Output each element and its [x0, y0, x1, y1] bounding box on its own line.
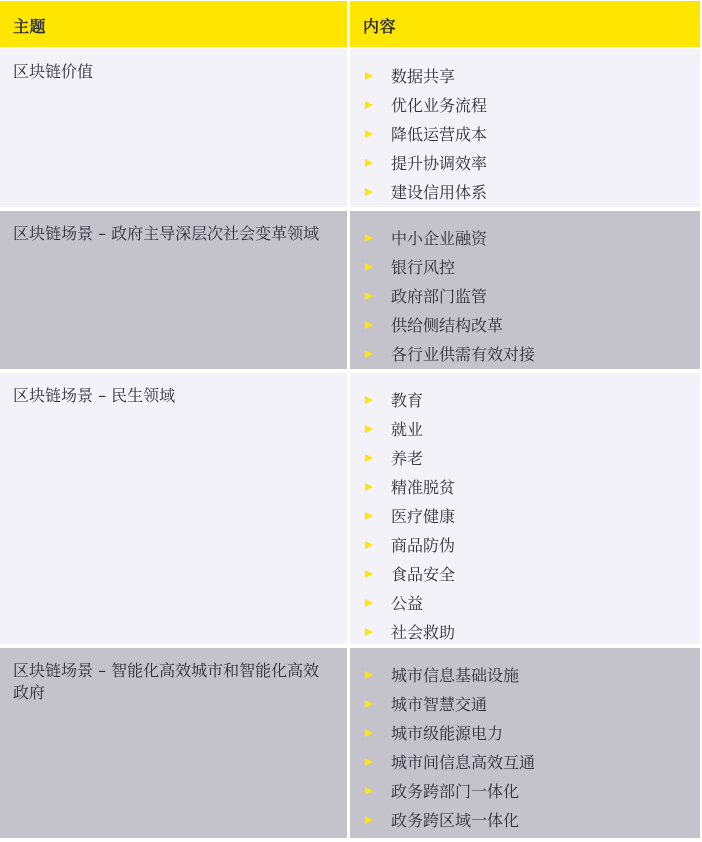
triangle-bullet-icon: [365, 425, 373, 433]
item-label: 养老: [391, 446, 423, 469]
list-item: 城市间信息高效互通: [363, 747, 700, 776]
triangle-bullet-icon: [365, 700, 373, 708]
content-cell: 城市信息基础设施 城市智慧交通 城市级能源电力 城市间信息高效互通 政务跨部门一…: [350, 648, 700, 838]
triangle-bullet-icon: [365, 234, 373, 242]
content-cell: 数据共享 优化业务流程 降低运营成本 提升协调效率 建设信用体系: [350, 49, 700, 207]
triangle-bullet-icon: [365, 396, 373, 404]
list-item: 降低运营成本: [363, 119, 700, 148]
item-label: 城市间信息高效互通: [391, 750, 535, 773]
list-item: 各行业供需有效对接: [363, 339, 700, 368]
table-row: 区块链价值 数据共享 优化业务流程 降低运营成本 提升协调效率 建设信用体系: [0, 49, 702, 207]
triangle-bullet-icon: [365, 729, 373, 737]
topic-cell: 区块链场景 – 民生领域: [0, 373, 347, 644]
item-label: 政务跨部门一体化: [391, 779, 519, 802]
content-list: 中小企业融资 银行风控 政府部门监管 供给侧结构改革 各行业供需有效对接: [350, 211, 700, 368]
triangle-bullet-icon: [365, 541, 373, 549]
item-label: 供给侧结构改革: [391, 313, 503, 336]
list-item: 数据共享: [363, 61, 700, 90]
list-item: 公益: [363, 588, 700, 617]
triangle-bullet-icon: [365, 321, 373, 329]
list-item: 银行风控: [363, 252, 700, 281]
table-row: 区块链场景 – 智能化高效城市和智能化高效政府 城市信息基础设施 城市智慧交通 …: [0, 648, 702, 838]
item-label: 公益: [391, 591, 423, 614]
item-label: 政府部门监管: [391, 284, 487, 307]
triangle-bullet-icon: [365, 570, 373, 578]
topic-text: 区块链场景 – 政府主导深层次社会变革领域: [0, 211, 347, 245]
list-item: 建设信用体系: [363, 177, 700, 206]
topic-cell: 区块链场景 – 智能化高效城市和智能化高效政府: [0, 648, 347, 838]
list-item: 医疗健康: [363, 501, 700, 530]
header-topic: 主题: [0, 1, 347, 47]
triangle-bullet-icon: [365, 101, 373, 109]
list-item: 养老: [363, 443, 700, 472]
triangle-bullet-icon: [365, 130, 373, 138]
list-item: 政府部门监管: [363, 281, 700, 310]
topic-text: 区块链价值: [0, 49, 347, 83]
item-label: 数据共享: [391, 64, 455, 87]
list-item: 政务跨区域一体化: [363, 805, 700, 834]
triangle-bullet-icon: [365, 628, 373, 636]
item-label: 教育: [391, 388, 423, 411]
list-item: 商品防伪: [363, 530, 700, 559]
item-label: 城市信息基础设施: [391, 663, 519, 686]
header-content: 内容: [350, 1, 700, 47]
item-label: 食品安全: [391, 562, 455, 585]
topic-text: 区块链场景 – 民生领域: [0, 373, 347, 407]
topic-cell: 区块链场景 – 政府主导深层次社会变革领域: [0, 211, 347, 369]
triangle-bullet-icon: [365, 512, 373, 520]
content-list: 城市信息基础设施 城市智慧交通 城市级能源电力 城市间信息高效互通 政务跨部门一…: [350, 648, 700, 834]
item-label: 建设信用体系: [391, 180, 487, 203]
list-item: 社会救助: [363, 617, 700, 646]
triangle-bullet-icon: [365, 159, 373, 167]
item-label: 各行业供需有效对接: [391, 342, 535, 365]
topic-cell: 区块链价值: [0, 49, 347, 207]
triangle-bullet-icon: [365, 671, 373, 679]
list-item: 提升协调效率: [363, 148, 700, 177]
blockchain-topics-table: 主题 内容 区块链价值 数据共享 优化业务流程 降低运营成本 提升协调效率 建设…: [0, 1, 702, 838]
triangle-bullet-icon: [365, 758, 373, 766]
item-label: 降低运营成本: [391, 122, 487, 145]
triangle-bullet-icon: [365, 188, 373, 196]
triangle-bullet-icon: [365, 350, 373, 358]
triangle-bullet-icon: [365, 599, 373, 607]
triangle-bullet-icon: [365, 72, 373, 80]
item-label: 医疗健康: [391, 504, 455, 527]
list-item: 就业: [363, 414, 700, 443]
triangle-bullet-icon: [365, 263, 373, 271]
item-label: 中小企业融资: [391, 226, 487, 249]
list-item: 城市智慧交通: [363, 689, 700, 718]
item-label: 优化业务流程: [391, 93, 487, 116]
triangle-bullet-icon: [365, 483, 373, 491]
item-label: 城市智慧交通: [391, 692, 487, 715]
item-label: 政务跨区域一体化: [391, 808, 519, 831]
item-label: 商品防伪: [391, 533, 455, 556]
table-row: 区块链场景 – 政府主导深层次社会变革领域 中小企业融资 银行风控 政府部门监管…: [0, 211, 702, 369]
list-item: 城市级能源电力: [363, 718, 700, 747]
triangle-bullet-icon: [365, 292, 373, 300]
list-item: 供给侧结构改革: [363, 310, 700, 339]
item-label: 提升协调效率: [391, 151, 487, 174]
item-label: 城市级能源电力: [391, 721, 503, 744]
content-list: 数据共享 优化业务流程 降低运营成本 提升协调效率 建设信用体系: [350, 49, 700, 206]
triangle-bullet-icon: [365, 816, 373, 824]
content-cell: 教育 就业 养老 精准脱贫 医疗健康 商品防伪 食品安全 公益 社会救助: [350, 373, 700, 644]
content-list: 教育 就业 养老 精准脱贫 医疗健康 商品防伪 食品安全 公益 社会救助: [350, 373, 700, 646]
triangle-bullet-icon: [365, 787, 373, 795]
item-label: 银行风控: [391, 255, 455, 278]
item-label: 精准脱贫: [391, 475, 455, 498]
item-label: 社会救助: [391, 620, 455, 643]
list-item: 食品安全: [363, 559, 700, 588]
list-item: 教育: [363, 385, 700, 414]
list-item: 优化业务流程: [363, 90, 700, 119]
list-item: 精准脱贫: [363, 472, 700, 501]
list-item: 政务跨部门一体化: [363, 776, 700, 805]
list-item: 城市信息基础设施: [363, 660, 700, 689]
triangle-bullet-icon: [365, 454, 373, 462]
table-header-row: 主题 内容: [0, 1, 702, 47]
topic-text: 区块链场景 – 智能化高效城市和智能化高效政府: [0, 648, 347, 704]
item-label: 就业: [391, 417, 423, 440]
content-cell: 中小企业融资 银行风控 政府部门监管 供给侧结构改革 各行业供需有效对接: [350, 211, 700, 369]
table-row: 区块链场景 – 民生领域 教育 就业 养老 精准脱贫 医疗健康 商品防伪 食品安…: [0, 373, 702, 644]
list-item: 中小企业融资: [363, 223, 700, 252]
